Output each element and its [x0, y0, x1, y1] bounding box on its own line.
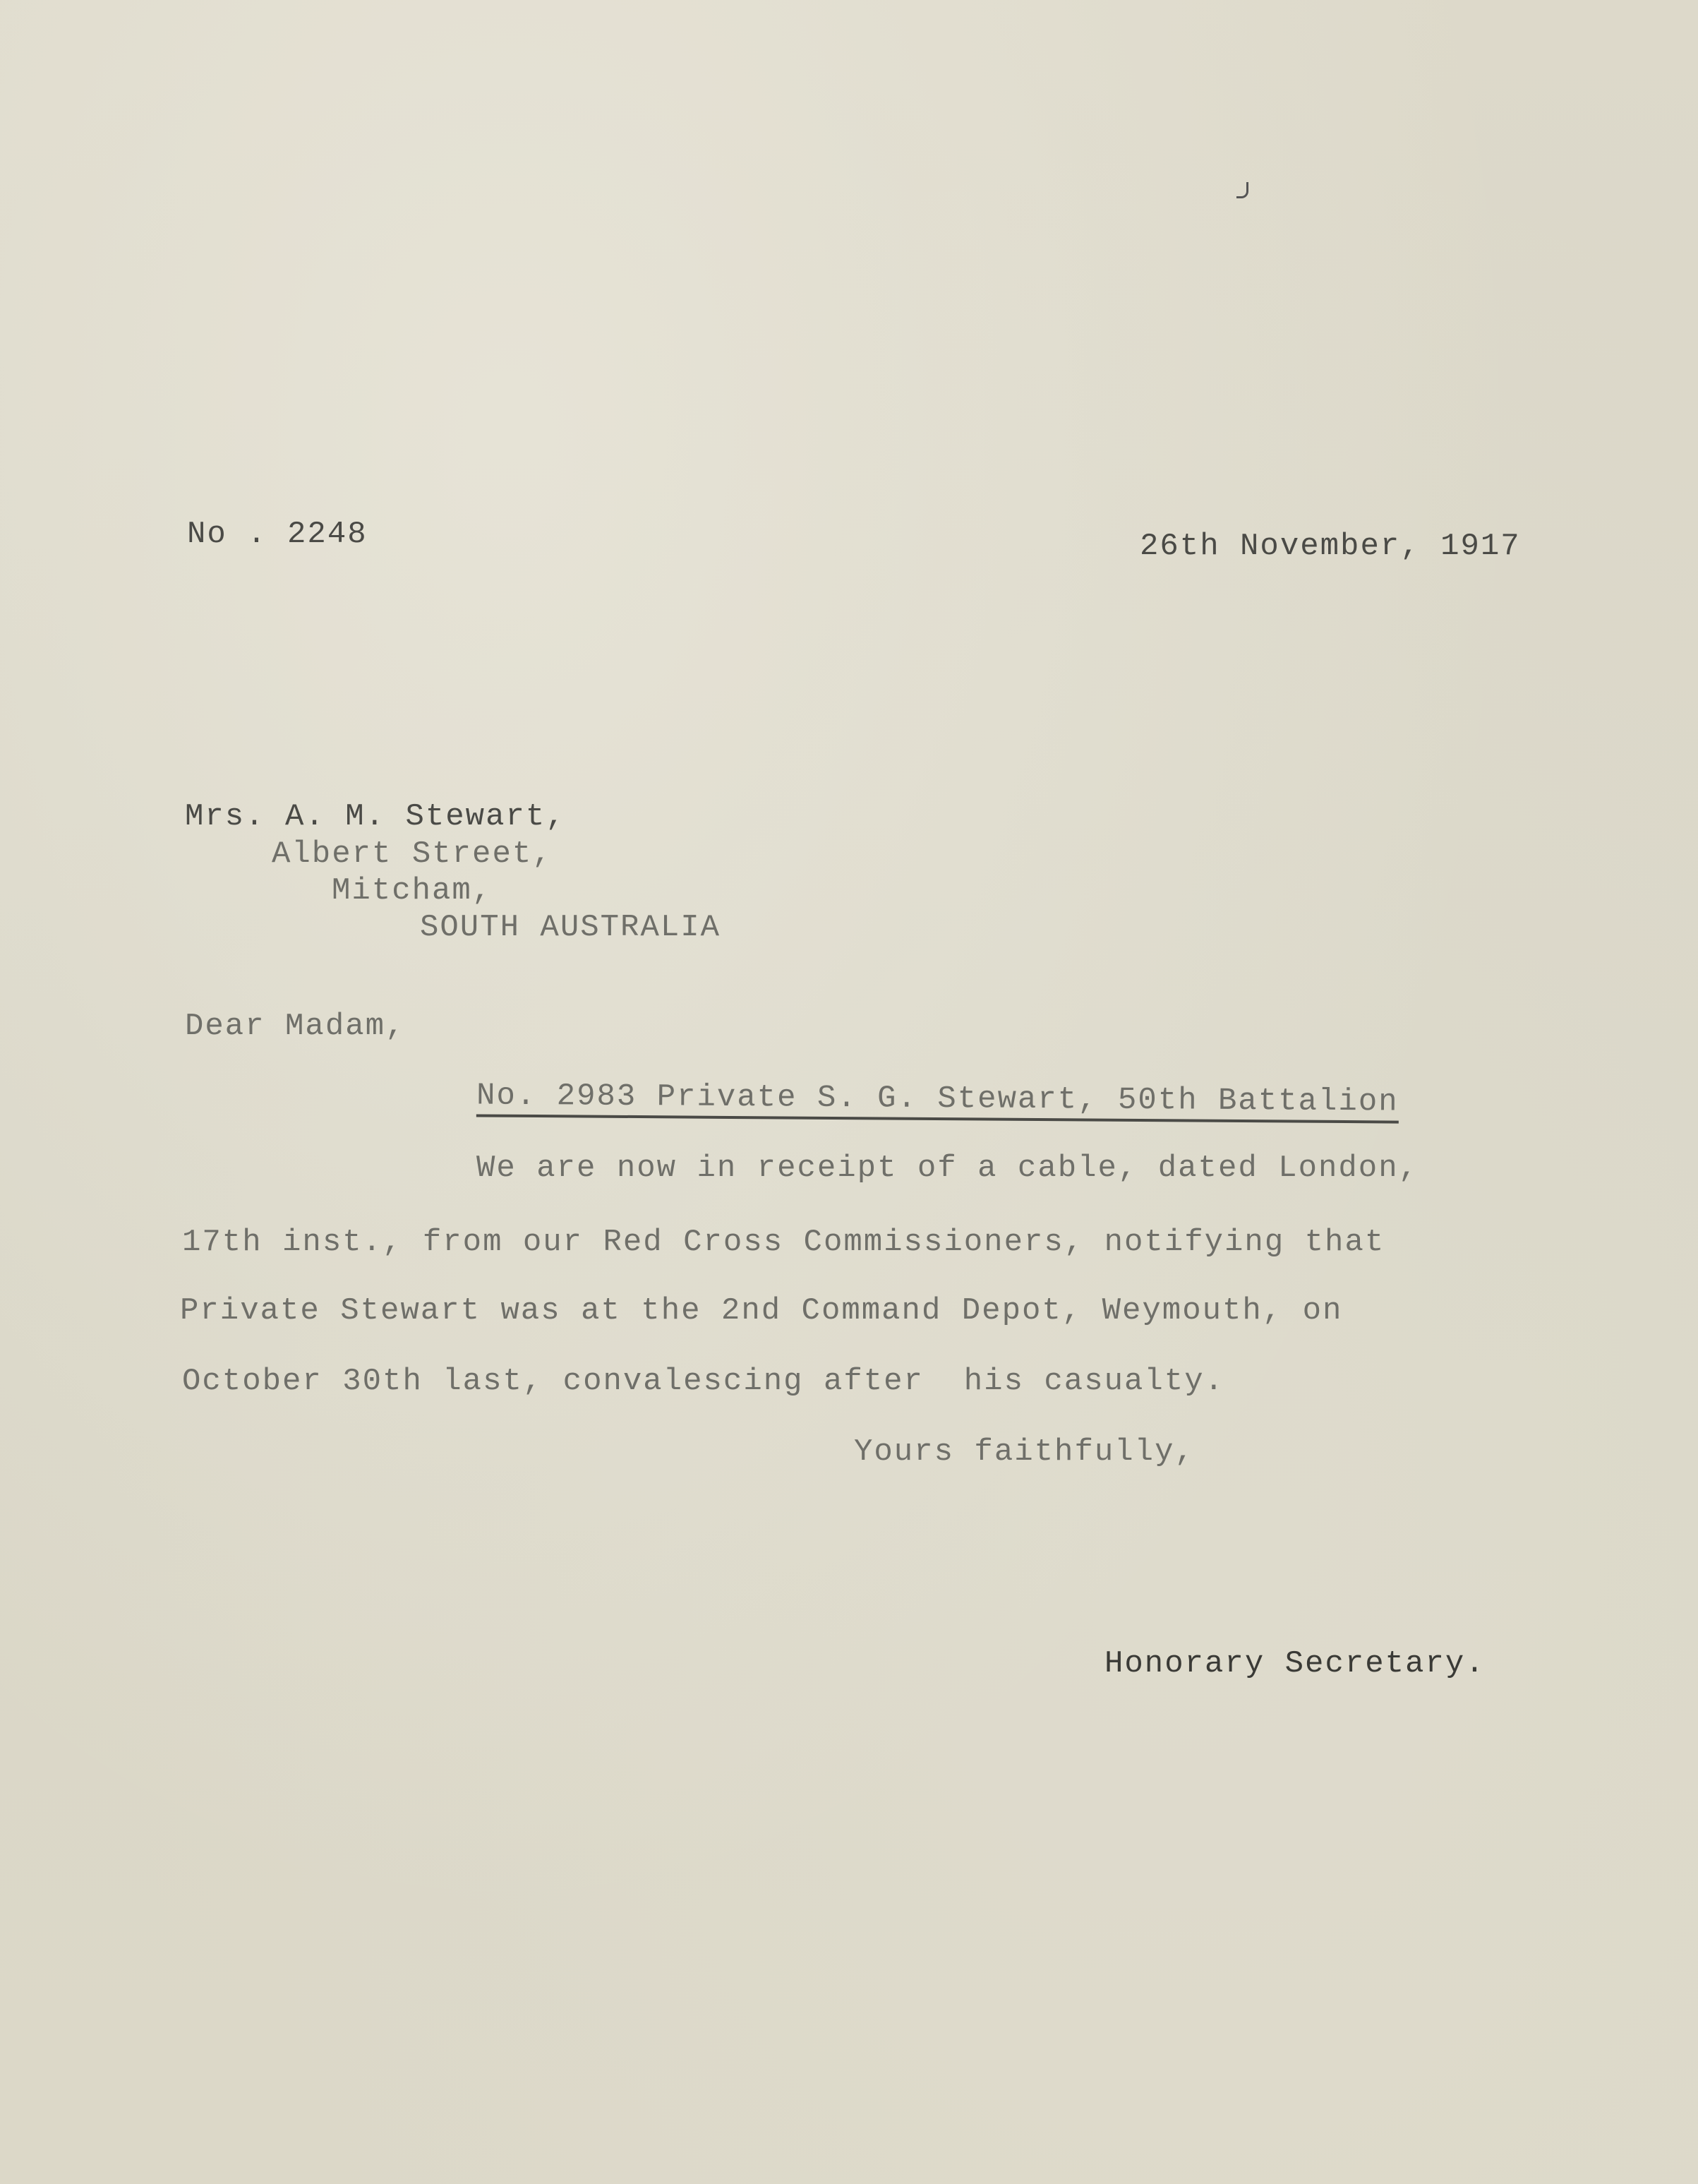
closing: Yours faithfully,: [854, 1436, 1195, 1468]
letter-page: No . 2248 26th November, 1917 Mrs. A. M.…: [0, 0, 1698, 2184]
body-line-3: Private Stewart was at the 2nd Command D…: [180, 1295, 1342, 1326]
recipient-suburb: Mitcham,: [332, 875, 492, 906]
reference-number: No . 2248: [187, 519, 368, 550]
letter-date: 26th November, 1917: [1140, 531, 1521, 562]
salutation: Dear Madam,: [185, 1011, 405, 1042]
recipient-state: SOUTH AUSTRALIA: [420, 912, 721, 943]
body-line-1: We are now in receipt of a cable, dated …: [476, 1153, 1419, 1184]
recipient-street: Albert Street,: [272, 839, 553, 870]
pencil-mark: [1236, 182, 1248, 198]
subject-line: No. 2983 Private S. G. Stewart, 50th Bat…: [476, 1080, 1399, 1123]
signature-title: Honorary Secretary.: [1104, 1648, 1486, 1679]
body-line-4: October 30th last, convalescing after hi…: [182, 1366, 1224, 1397]
recipient-name: Mrs. A. M. Stewart,: [185, 801, 566, 832]
body-line-2: 17th inst., from our Red Cross Commissio…: [182, 1227, 1385, 1258]
